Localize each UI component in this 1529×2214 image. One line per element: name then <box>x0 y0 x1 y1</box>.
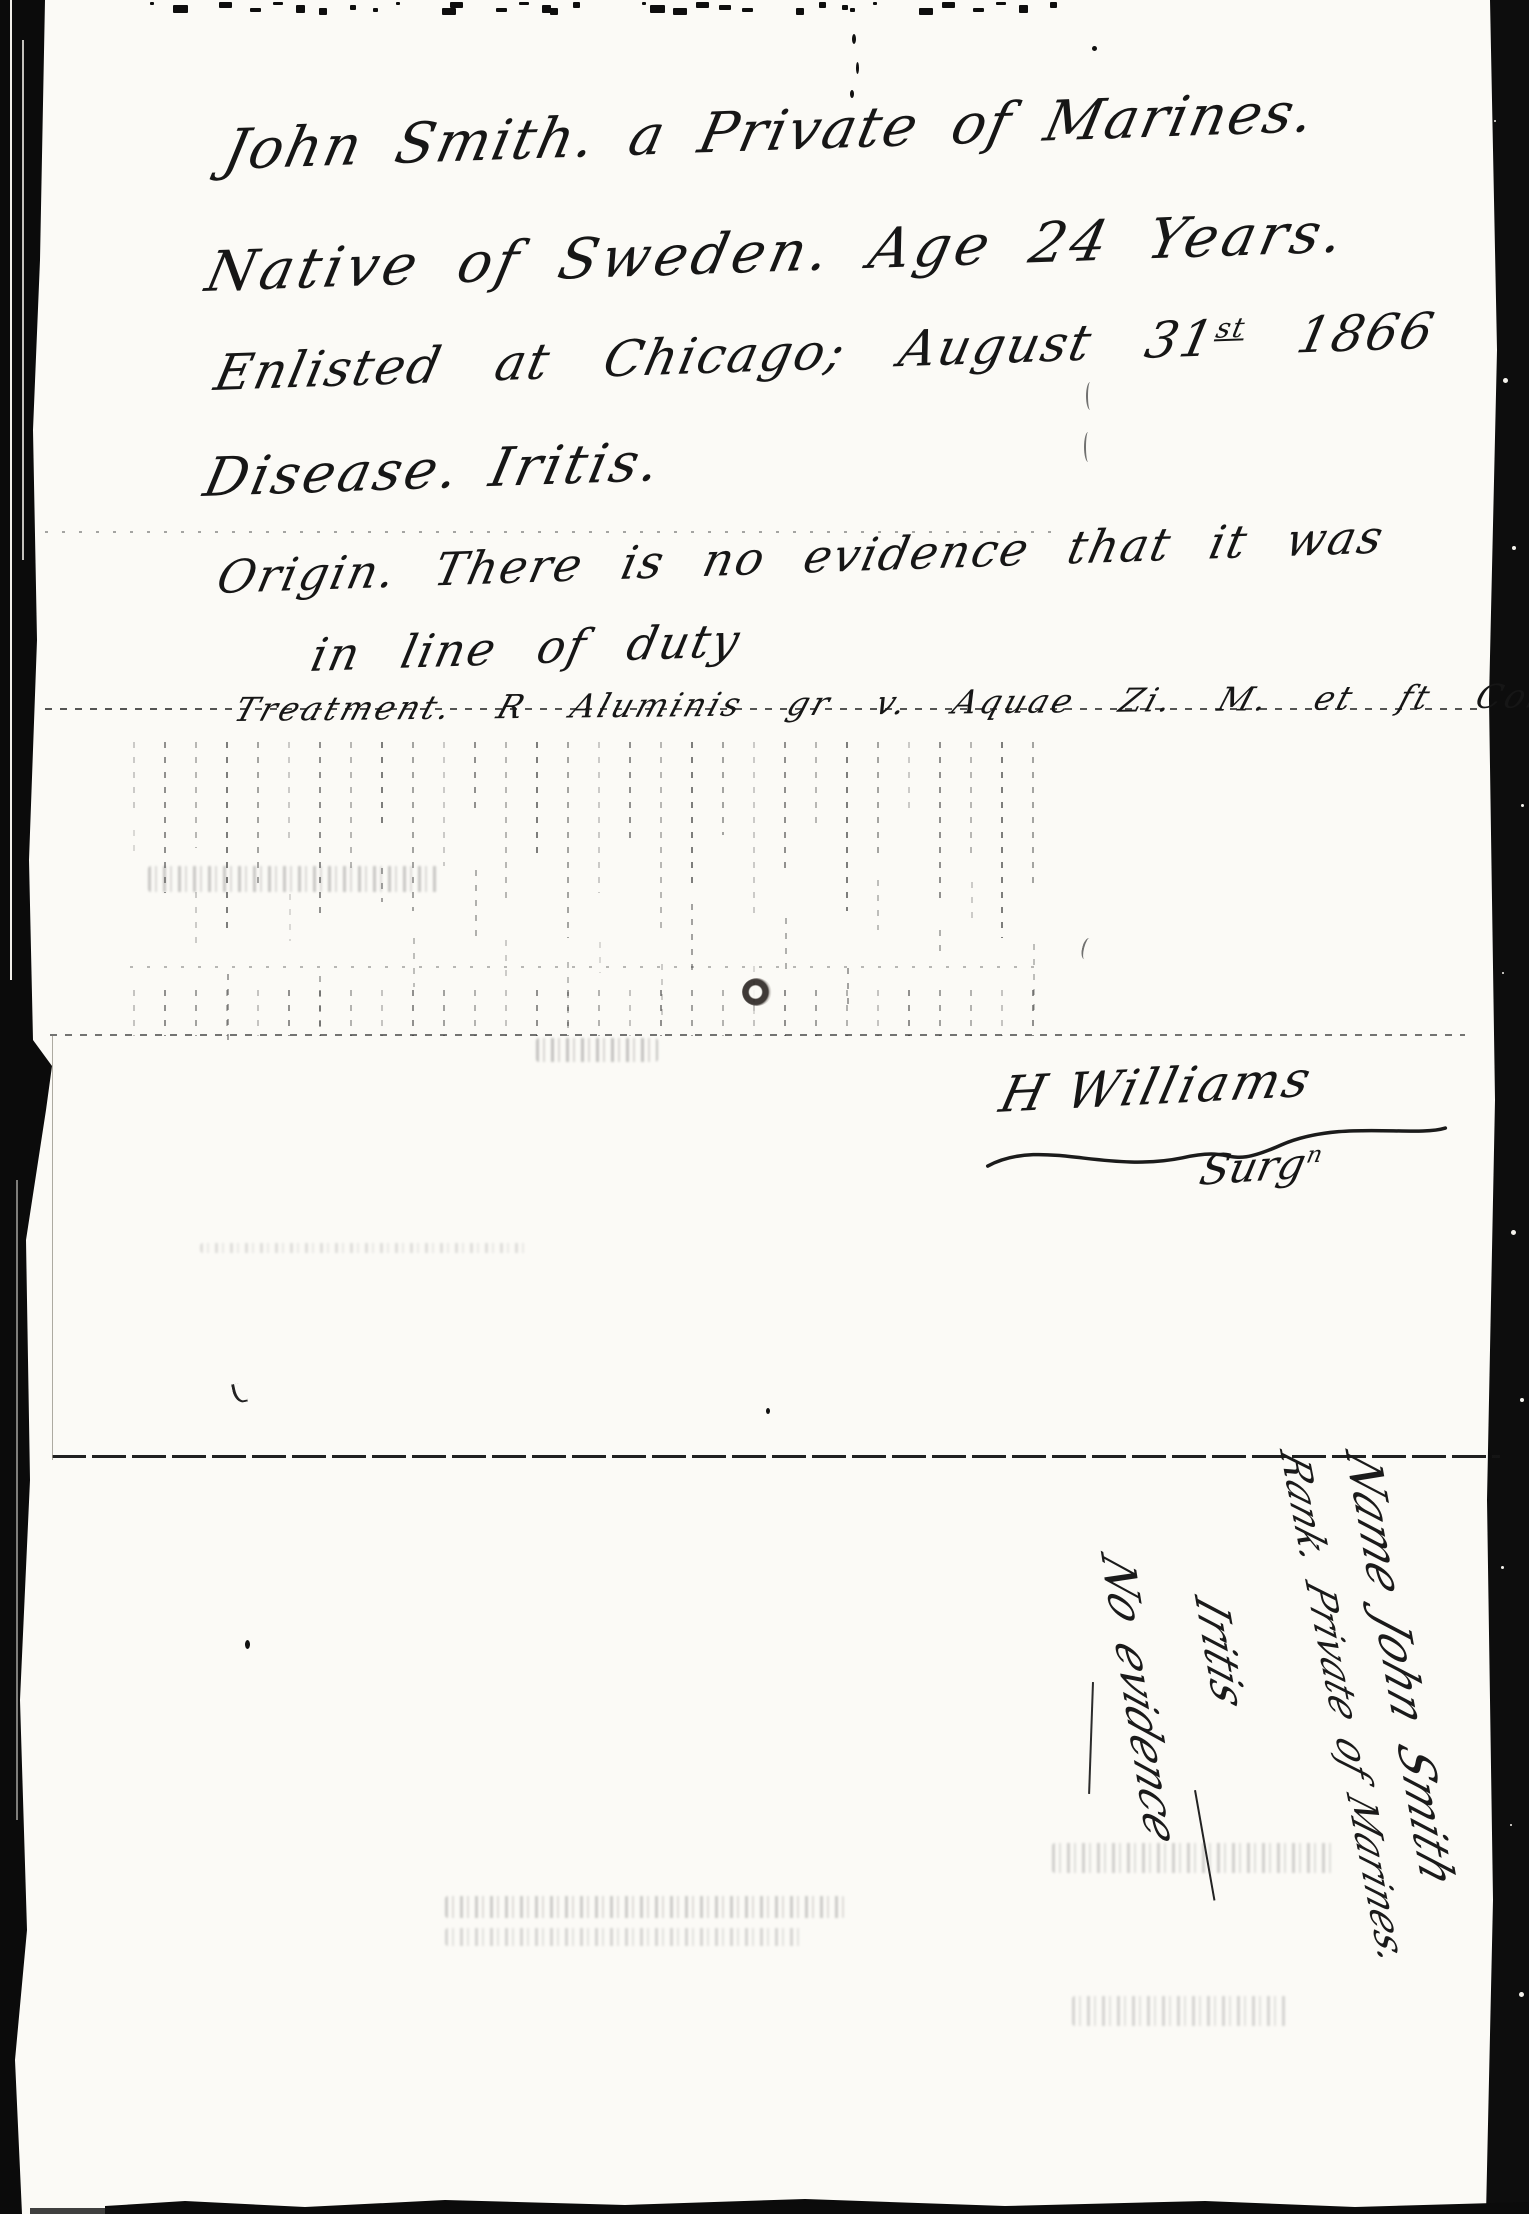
cut-off-text-mark <box>819 2 826 8</box>
bleed-through-smudge <box>536 1038 658 1062</box>
margin-mark <box>1084 432 1094 462</box>
ledger-column-tick <box>784 990 786 1036</box>
cut-off-text-mark <box>973 8 984 12</box>
dotted-rule-section <box>50 1034 1465 1036</box>
ledger-column-tick <box>536 742 538 857</box>
dotted-rule-table-mid <box>130 966 1040 968</box>
ledger-column-tick <box>288 990 290 1036</box>
cut-off-text-mark <box>296 5 305 13</box>
ledger-column-tick <box>413 938 415 987</box>
ledger-column-tick <box>784 742 786 871</box>
cut-off-text-mark <box>219 2 232 8</box>
cut-off-text-mark <box>919 8 933 15</box>
scan-edge-streak <box>16 1180 18 1820</box>
cut-off-text-mark <box>719 5 731 10</box>
ledger-column-tick <box>505 940 507 980</box>
margin-mark <box>1080 937 1097 961</box>
cut-off-text-mark <box>396 2 400 5</box>
cut-off-text-mark <box>696 2 709 8</box>
cut-off-text-mark <box>650 5 665 13</box>
ledger-column-tick <box>350 990 352 1036</box>
scan-edge-right <box>1484 0 1529 2214</box>
scan-speck <box>1092 46 1097 51</box>
ledger-column-tick <box>133 742 135 812</box>
cut-off-text-mark <box>150 2 154 5</box>
ledger-column-tick <box>1001 990 1003 1036</box>
ledger-column-tick <box>722 742 724 835</box>
scan-white-speck <box>1521 804 1524 807</box>
scan-edge-streak <box>10 0 12 980</box>
ledger-column-tick <box>474 990 476 1036</box>
ledger-column-tick <box>691 990 693 1036</box>
scan-white-speck <box>1501 1566 1504 1569</box>
cut-off-text-mark <box>350 5 356 10</box>
scan-white-speck <box>1511 1230 1516 1235</box>
ledger-column-tick <box>567 742 569 938</box>
ledger-column-tick <box>475 870 477 945</box>
ledger-column-tick <box>939 930 941 960</box>
cut-off-text-mark <box>173 5 188 13</box>
ledger-column-tick <box>443 990 445 1036</box>
scan-white-speck <box>1520 1398 1524 1402</box>
handwritten-origin-line-2: in line of duty <box>306 613 746 682</box>
cut-off-text-mark <box>550 8 558 15</box>
scan-speck <box>850 90 854 98</box>
ledger-column-tick <box>257 990 259 1036</box>
scan-white-speck <box>1510 1824 1512 1826</box>
handwritten-nativity-line: Native of Sweden. Age 24 Years. <box>200 201 1353 305</box>
ledger-column-tick <box>877 880 879 930</box>
surgeon-title: Surgn <box>1195 1138 1325 1195</box>
scan-white-speck <box>1502 972 1504 974</box>
cut-off-text-mark <box>573 2 580 8</box>
ledger-column-tick <box>629 990 631 1036</box>
bleed-through-smudge <box>445 1896 845 1918</box>
cut-off-text-mark <box>442 8 456 15</box>
ledger-column-tick <box>505 742 507 902</box>
cut-off-text-mark <box>742 8 753 12</box>
cut-off-text-mark <box>642 2 646 5</box>
scan-edge-left <box>0 0 56 2214</box>
ledger-column-tick <box>195 892 197 948</box>
docket-origin-line: No evidence <box>1089 1547 1189 1852</box>
ledger-column-tick <box>877 990 879 1036</box>
handwritten-name-line: John Smith. a Private of Marines. <box>218 80 1322 183</box>
cut-off-text-mark <box>450 2 463 8</box>
cut-off-text-mark <box>496 8 507 12</box>
page-fold-line <box>52 1036 53 1460</box>
scan-edge-bottom-fragment <box>30 2208 120 2214</box>
ledger-column-tick <box>846 742 848 911</box>
scan-edge-streak <box>22 40 24 560</box>
scan-edge-bottom <box>105 2197 1529 2214</box>
margin-mark <box>1086 382 1096 410</box>
cut-off-text-mark <box>519 2 529 5</box>
ledger-column-tick <box>660 990 662 1036</box>
cut-off-text-mark <box>850 8 855 12</box>
surgeon-title-text: Surg <box>1195 1139 1310 1195</box>
scan-white-speck <box>1519 1992 1524 1997</box>
scan-white-speck <box>1503 378 1508 383</box>
stray-pen-stroke <box>1088 1682 1094 1794</box>
cut-off-text-mark <box>373 8 378 12</box>
ledger-column-tick <box>381 742 383 826</box>
ledger-column-tick <box>226 990 228 1036</box>
ledger-column-tick <box>567 990 569 1036</box>
scan-white-speck <box>1512 546 1516 550</box>
ledger-column-tick <box>598 742 600 893</box>
cut-off-text-mark <box>273 2 283 5</box>
cut-off-text-mark <box>996 2 1006 5</box>
cut-off-text-mark <box>250 8 261 12</box>
ledger-column-tick <box>785 918 787 977</box>
docket-disease-line: Iritis <box>1183 1590 1257 1715</box>
cut-off-text-mark <box>673 8 687 15</box>
ledger-column-tick <box>599 942 601 973</box>
bleed-through-smudge <box>1072 1996 1287 2026</box>
ledger-column-tick <box>815 742 817 826</box>
bleed-through-smudge <box>1052 1843 1337 1873</box>
cut-off-text-mark <box>873 2 877 5</box>
handwritten-treatment-line: Treatment. R Aluminis gr v. Aquae Zi. M.… <box>230 675 1529 729</box>
ledger-column-tick <box>164 990 166 1036</box>
ledger-column-tick <box>289 894 291 941</box>
document-scan: John Smith. a Private of Marines. Native… <box>0 0 1529 2214</box>
ledger-column-tick <box>257 742 259 884</box>
ledger-column-tick <box>195 742 197 848</box>
ledger-column-tick <box>319 742 321 920</box>
handwritten-disease-line: Disease. Iritis. <box>199 430 669 509</box>
ink-blot <box>742 978 772 1006</box>
ledger-column-tick <box>939 742 941 902</box>
ledger-column-tick <box>691 742 693 884</box>
ledger-column-tick <box>505 990 507 1036</box>
enlistment-text: Enlisted at Chicago; August 31 <box>210 309 1221 402</box>
ledger-column-tick <box>319 990 321 1036</box>
ledger-column-tick <box>1032 742 1034 889</box>
ledger-column-tick <box>195 990 197 1036</box>
ledger-column-tick <box>908 742 910 817</box>
ledger-column-tick <box>970 990 972 1036</box>
ledger-column-tick <box>877 742 879 862</box>
scan-speck <box>856 62 859 74</box>
bleed-through-smudge <box>200 1243 530 1253</box>
ledger-column-tick <box>970 742 972 853</box>
cut-off-text-mark <box>1019 5 1028 13</box>
enlistment-year: 1866 <box>1238 302 1441 367</box>
scan-speck <box>245 1640 250 1649</box>
ledger-column-tick <box>474 742 476 817</box>
ledger-column-tick <box>443 742 445 866</box>
ledger-column-tick <box>350 742 352 875</box>
ledger-column-tick <box>536 990 538 1036</box>
scan-speck <box>766 1408 770 1414</box>
ledger-column-tick <box>722 990 724 1036</box>
ledger-column-tick <box>1001 742 1003 938</box>
cut-off-text-mark <box>1050 2 1057 8</box>
cut-off-text-mark <box>842 5 848 10</box>
ledger-column-tick <box>1032 990 1034 1036</box>
cut-off-text-mark <box>796 8 804 15</box>
ledger-column-tick <box>846 990 848 1036</box>
scan-white-speck <box>1494 120 1496 122</box>
ledger-column-tick <box>381 990 383 1036</box>
bleed-through-smudge <box>148 866 438 892</box>
ledger-column-tick <box>226 742 228 929</box>
ledger-column-tick <box>133 990 135 1036</box>
ledger-column-tick <box>691 904 693 976</box>
ledger-column-tick <box>971 882 973 923</box>
ledger-column-tick <box>908 990 910 1036</box>
ledger-column-tick <box>288 742 290 839</box>
ledger-column-tick <box>753 742 755 920</box>
ledger-column-tick <box>939 990 941 1036</box>
handwritten-enlistment-line: Enlisted at Chicago; August 31st 1866 <box>210 302 1441 402</box>
ledger-column-tick <box>660 742 662 929</box>
ledger-column-tick <box>598 990 600 1036</box>
cut-off-text-mark <box>942 2 955 8</box>
stray-mark <box>231 1382 248 1404</box>
bleed-through-smudge <box>445 1928 805 1946</box>
ledger-column-tick <box>133 830 135 860</box>
ledger-column-tick <box>815 990 817 1036</box>
handwritten-origin-line-1: Origin. There is no evidence that it was <box>212 510 1389 604</box>
scan-speck <box>852 34 856 44</box>
ledger-column-tick <box>629 742 631 844</box>
cut-off-text-mark <box>319 8 327 15</box>
ledger-column-tick <box>412 990 414 1036</box>
